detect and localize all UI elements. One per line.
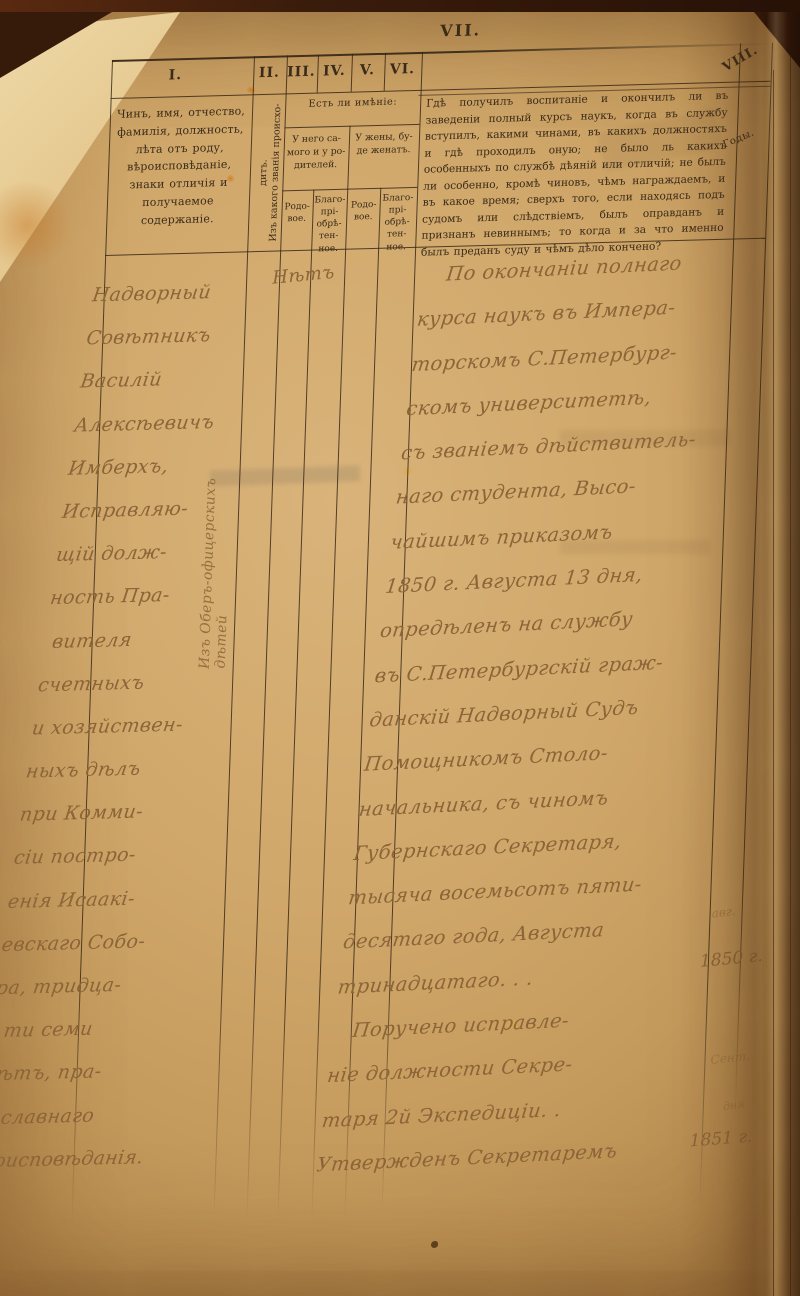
- rule: [277, 190, 314, 1230]
- estate-header: Есть ли имѣніе:: [286, 96, 419, 110]
- handwritten-line: сіи постро-: [10, 843, 196, 891]
- service-record-table: I. II. III. IV. V. VI. VII. VIII. Чинъ, …: [71, 43, 772, 1240]
- handwritten-line: и хозяйствен-: [28, 713, 214, 761]
- handwritten-line: вославнаго: [0, 1102, 159, 1150]
- handwritten-line: ныхъ дѣлъ: [22, 756, 208, 804]
- handwritten-line: при Комми-: [16, 799, 202, 847]
- estate-wife-header: У жены, бу- де женатъ.: [350, 130, 417, 158]
- handwritten-line: счетныхъ: [34, 669, 220, 717]
- blagopriobretennoe-header-a: Благо- прі- обрѣ- тен- ное.: [312, 194, 346, 256]
- handwritten-line: Совѣтникъ: [82, 323, 268, 371]
- rodovoe-header-b: Родо- вое.: [348, 199, 379, 224]
- page-edge-line: [773, 70, 774, 1296]
- rule: [282, 187, 417, 192]
- page-edge-line: [790, 40, 791, 1296]
- handwritten-line: евскаго Собо-: [0, 929, 183, 977]
- col1-header: Чинъ, имя, отчество, фамилія, должность,…: [109, 102, 248, 254]
- handwritten-line: ти семи: [0, 1016, 171, 1064]
- origin-entry-vertical: Изъ Оберъ-офицерскихъ дѣтей: [197, 448, 237, 669]
- column-number-6: VI.: [382, 61, 423, 78]
- handwritten-line: Василій: [76, 366, 262, 414]
- handwritten-line: ра, тридца-: [0, 972, 177, 1020]
- col7-header: Гдѣ получилъ воспитаніе и окончилъ ли въ…: [421, 88, 729, 261]
- handwritten-line: лѣтъ, пра-: [0, 1059, 165, 1107]
- column-number-1: I.: [155, 67, 196, 84]
- blagopriobretennoe-header-b: Благо- прі- обрѣ- тен- ное.: [379, 192, 415, 254]
- rodovoe-header-a: Родо- вое.: [282, 201, 312, 226]
- year-column-note: авг.: [711, 904, 736, 921]
- estate-own-header: У него са- мого и у ро- дителей.: [285, 132, 347, 173]
- photographed-archival-document: I. II. III. IV. V. VI. VII. VIII. Чинъ, …: [0, 0, 800, 1296]
- handwritten-line: вѣроисповѣданія.: [0, 1146, 153, 1194]
- col2-header-vertical: Изъ какого званія происхо- дитъ.: [249, 95, 284, 250]
- handwritten-line: Надворный: [88, 280, 274, 328]
- service-history-entry: По окончаніи полнагокурса наукъ въ Импер…: [314, 239, 745, 1188]
- estate-answer: Нѣтъ: [272, 262, 335, 289]
- rule: [284, 124, 419, 129]
- column-number-7: VII.: [430, 20, 491, 41]
- handwritten-line: енія Исаакі-: [3, 886, 189, 934]
